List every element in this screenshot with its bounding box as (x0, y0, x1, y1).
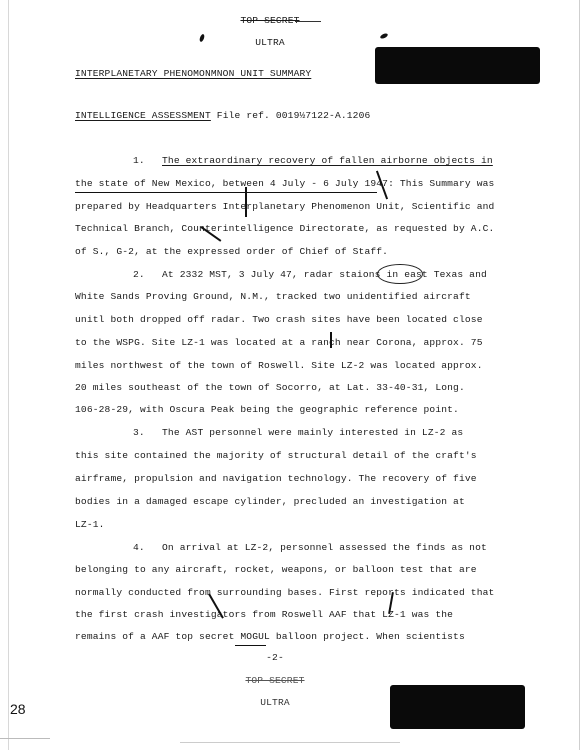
page-edge-left (8, 0, 9, 750)
paragraph-1-line: the state of New Mexico, between 4 July … (75, 178, 494, 189)
paragraph-1-line: prepared by Headquarters Interplanetary … (75, 201, 494, 212)
paragraph-3-line: this site contained the majority of stru… (75, 450, 477, 461)
header-codeword: ULTRA (230, 37, 310, 48)
paragraph-2-line: miles northwest of the town of Roswell. … (75, 360, 483, 371)
document-title: INTERPLANETARY PHENOMONMNON UNIT SUMMARY (75, 68, 311, 79)
assessment-label: INTELLIGENCE ASSESSMENT (75, 110, 211, 121)
footer-codeword: ULTRA (235, 697, 315, 708)
paragraph-4-line: the first crash investigators from Roswe… (75, 609, 453, 620)
paragraph-2-number: 2. (133, 269, 145, 280)
paragraph-3-line: airframe, propulsion and navigation tech… (75, 473, 477, 484)
paragraph-4-line: On arrival at LZ-2, personnel assessed t… (162, 542, 487, 553)
paragraph-2-line: unitl both dropped off radar. Two crash … (75, 314, 483, 325)
underline (75, 192, 377, 193)
file-reference: File ref. 0019½7122-A.1206 (217, 110, 371, 121)
paragraph-3-line: LZ-1. (75, 519, 105, 530)
page-edge-right (579, 0, 580, 750)
archive-page-number: 28 (10, 701, 26, 717)
document-page: TOP SECRET ULTRA INTERPLANETARY PHENOMON… (0, 0, 584, 750)
paragraph-4-line: remains of a AAF top secret MOGUL balloo… (75, 631, 465, 642)
redaction-bottom (390, 685, 525, 729)
pen-mark (245, 187, 247, 217)
underline-mogul (235, 645, 266, 646)
redaction-top (375, 47, 540, 84)
strike-extension (295, 21, 321, 22)
paragraph-3-line: The AST personnel were mainly interested… (162, 427, 463, 438)
paragraph-3-number: 3. (133, 427, 145, 438)
paragraph-4-number: 4. (133, 542, 145, 553)
pen-mark (330, 332, 332, 348)
page-marker: -2- (240, 652, 310, 663)
paragraph-4-line: belonging to any aircraft, rocket, weapo… (75, 564, 477, 575)
ink-blot (380, 32, 389, 39)
scan-artifact (0, 738, 50, 739)
paragraph-3-line: bodies in a damaged escape cylinder, pre… (75, 496, 465, 507)
ink-blot (199, 34, 205, 43)
circled-annotation (377, 264, 423, 284)
paragraph-2-line: At 2332 MST, 3 July 47, radar staions in… (162, 269, 487, 280)
paragraph-1-number: 1. (133, 155, 145, 166)
paragraph-2-line: 106-28-29, with Oscura Peak being the ge… (75, 404, 459, 415)
paragraph-2-line: to the WSPG. Site LZ-1 was located at a … (75, 337, 483, 348)
footer-classification: TOP SECRET (225, 675, 325, 686)
scan-artifact (180, 742, 400, 743)
paragraph-2-line: White Sands Proving Ground, N.M., tracke… (75, 291, 471, 302)
paragraph-1-line: of S., G-2, at the expressed order of Ch… (75, 246, 388, 257)
paragraph-1-line: Technical Branch, Counterintelligence Di… (75, 223, 494, 234)
paragraph-2-line: 20 miles southeast of the town of Socorr… (75, 382, 465, 393)
assessment-line: INTELLIGENCE ASSESSMENT File ref. 0019½7… (75, 110, 370, 121)
paragraph-4-line: normally conducted from surrounding base… (75, 587, 494, 598)
paragraph-1-line: The extraordinary recovery of fallen air… (162, 155, 493, 166)
